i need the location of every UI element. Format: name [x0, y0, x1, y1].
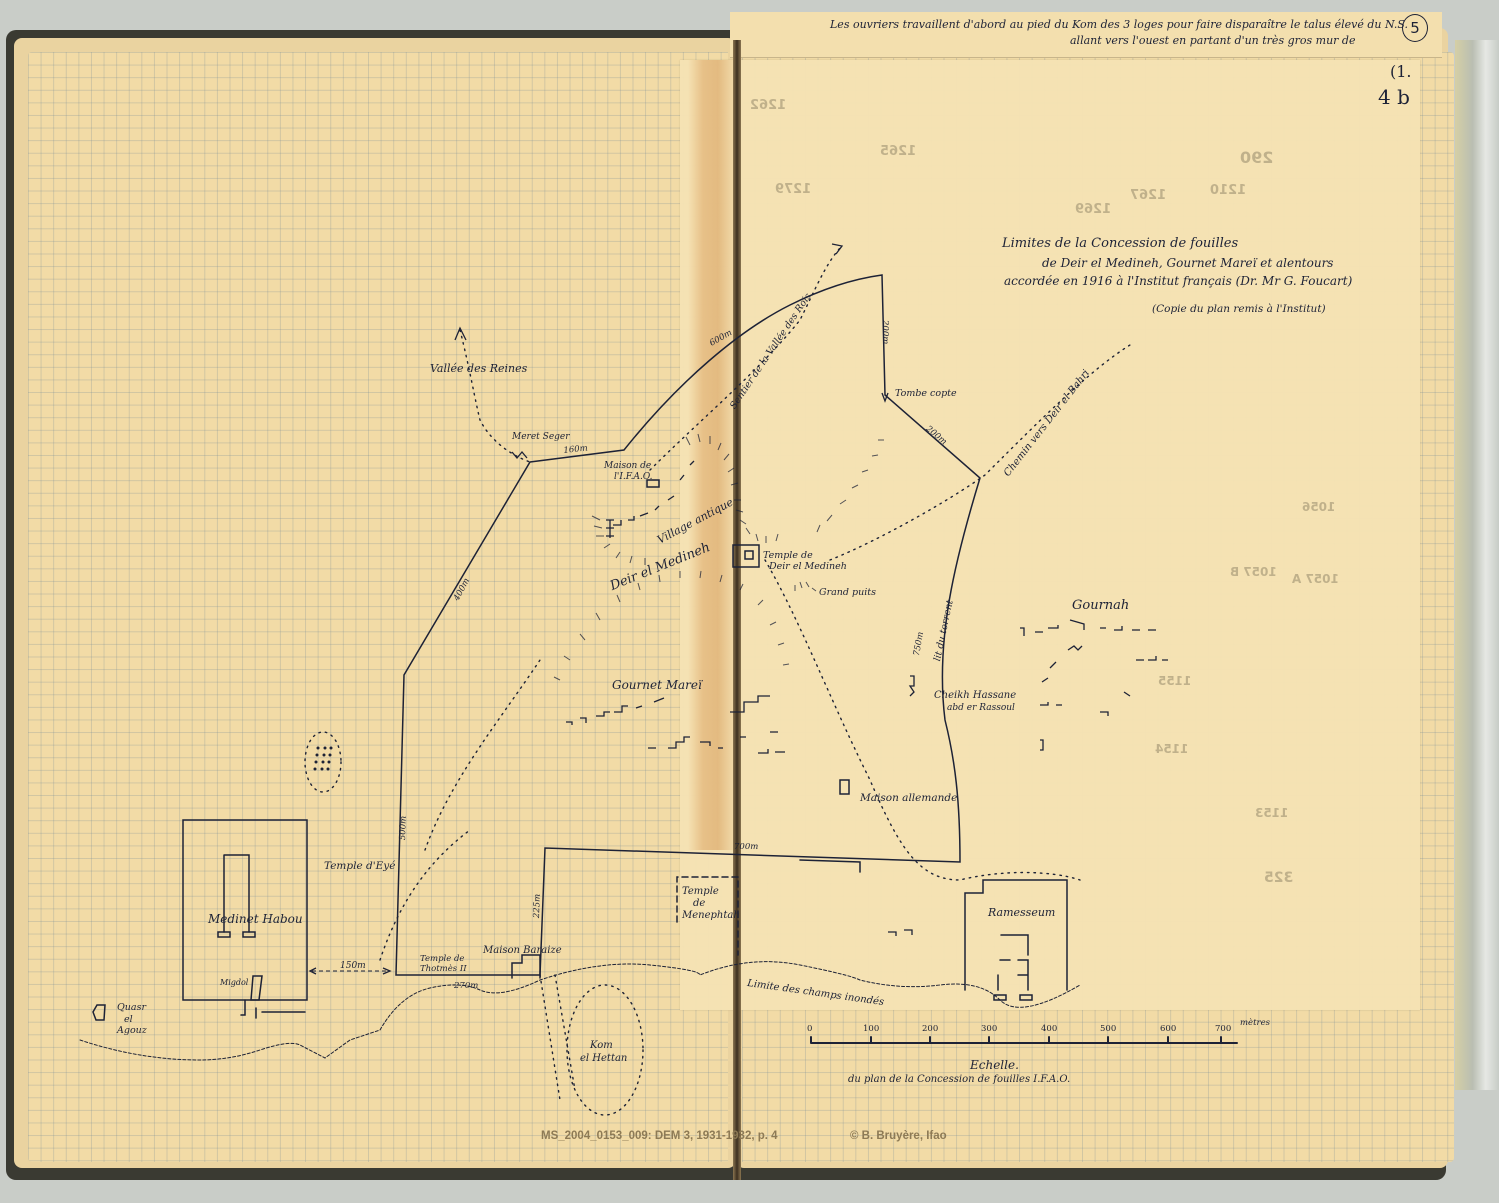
label-grand-puits: Grand puits — [819, 587, 876, 598]
label-temple-deir-2: Deir el Medineh — [769, 561, 847, 572]
label-kom-1: Kom — [590, 1040, 613, 1051]
path-sentier-vallee-des-rois — [650, 248, 840, 470]
flood-limit-line — [80, 962, 1080, 1060]
map-drawing — [0, 0, 1499, 1203]
label-maison-baraize: Maison Baraize — [483, 945, 562, 956]
scale-tick-500: 500 — [1100, 1024, 1116, 1034]
corner-mark-upper: (1. — [1390, 62, 1412, 81]
label-temple-thotmes-2: Thotmès II — [420, 964, 467, 974]
distance-150: 150m — [340, 961, 366, 971]
label-maison-allemande: Maison allemande — [860, 792, 957, 804]
archive-reference: MS_2004_0153_009: DEM 3, 1931-1932, p. 4 — [541, 1130, 778, 1142]
label-medinet-habou: Medinet Habou — [208, 912, 303, 926]
path-to-ramesseum — [765, 560, 1080, 880]
scale-tick-300: 300 — [981, 1024, 997, 1034]
concession-boundary — [396, 275, 980, 975]
meret-seger-glyph — [512, 452, 527, 458]
label-quasr-3: Agouz — [117, 1025, 147, 1036]
label-kom-2: el Hettan — [580, 1053, 627, 1064]
label-maison-ifao-1: Maison de — [604, 461, 651, 471]
scale-unit: mètres — [1240, 1018, 1270, 1028]
distance-500: 500m — [398, 816, 409, 841]
cemetery-dots — [314, 747, 333, 771]
scale-tick-200: 200 — [922, 1024, 938, 1034]
scale-subtitle: du plan de la Concession de fouilles I.F… — [848, 1074, 1070, 1085]
label-cheikh-2: abd er Rassoul — [947, 703, 1015, 713]
corner-mark-lower: 4 b — [1378, 85, 1410, 109]
scale-bar — [811, 1037, 1237, 1043]
label-temple-menephtah-2: de — [693, 898, 705, 909]
label-temple-thotmes-1: Temple de — [420, 954, 464, 964]
arrow-vallee-des-rois — [832, 244, 842, 254]
map-title-line3: accordée en 1916 à l'Institut français (… — [1004, 274, 1352, 288]
scale-tick-100: 100 — [863, 1024, 879, 1034]
scale-tick-600: 600 — [1160, 1024, 1176, 1034]
label-maison-ifao-2: l'I.F.A.O. — [614, 472, 653, 482]
label-tombe-copte: Tombe copte — [895, 388, 957, 399]
arrow-vallee-des-reines — [455, 328, 466, 340]
label-quasr-1: Quasr — [117, 1002, 146, 1013]
archive-copyright: © B. Bruyère, Ifao — [850, 1130, 947, 1142]
distance-700: 700m — [734, 842, 758, 852]
scale-tick-700: 700 — [1215, 1024, 1231, 1034]
distance-200-top: 200m — [880, 320, 890, 344]
label-cheikh-1: Cheikh Hassane — [934, 690, 1016, 701]
label-temple-eye: Temple d'Eyé — [324, 860, 395, 872]
scale-tick-400: 400 — [1041, 1024, 1057, 1034]
label-temple-menephtah-1: Temple — [682, 886, 719, 897]
path-vallee-des-reines — [460, 330, 530, 462]
distance-270: 270m — [454, 981, 478, 991]
label-vallee-des-reines: Vallée des Reines — [430, 362, 527, 375]
house-marks — [566, 461, 1168, 936]
label-ramesseum: Ramesseum — [988, 906, 1055, 919]
label-meret-seger: Meret Seger — [512, 432, 570, 442]
temple-deir-el-medineh — [733, 545, 759, 567]
label-temple-menephtah-3: Menephtah — [682, 910, 740, 921]
label-gournet-marei: Gournet Mareï — [612, 678, 702, 692]
medinet-habou-enclosure — [183, 820, 307, 1000]
label-quasr-2: el — [124, 1014, 133, 1025]
distance-225: 225m — [532, 894, 543, 919]
scale-tick-0: 0 — [807, 1024, 812, 1034]
label-gournah: Gournah — [1072, 598, 1129, 613]
label-migdol: Migdol — [220, 978, 248, 987]
scale-label: Echelle. — [970, 1058, 1019, 1072]
map-title-note: (Copie du plan remis à l'Institut) — [1152, 303, 1326, 315]
map-title-line2: de Deir el Medineh, Gournet Mareï et ale… — [1042, 256, 1333, 270]
label-temple-deir-1: Temple de — [763, 550, 813, 561]
map-title-line1: Limites de la Concession de fouilles — [1002, 236, 1238, 251]
